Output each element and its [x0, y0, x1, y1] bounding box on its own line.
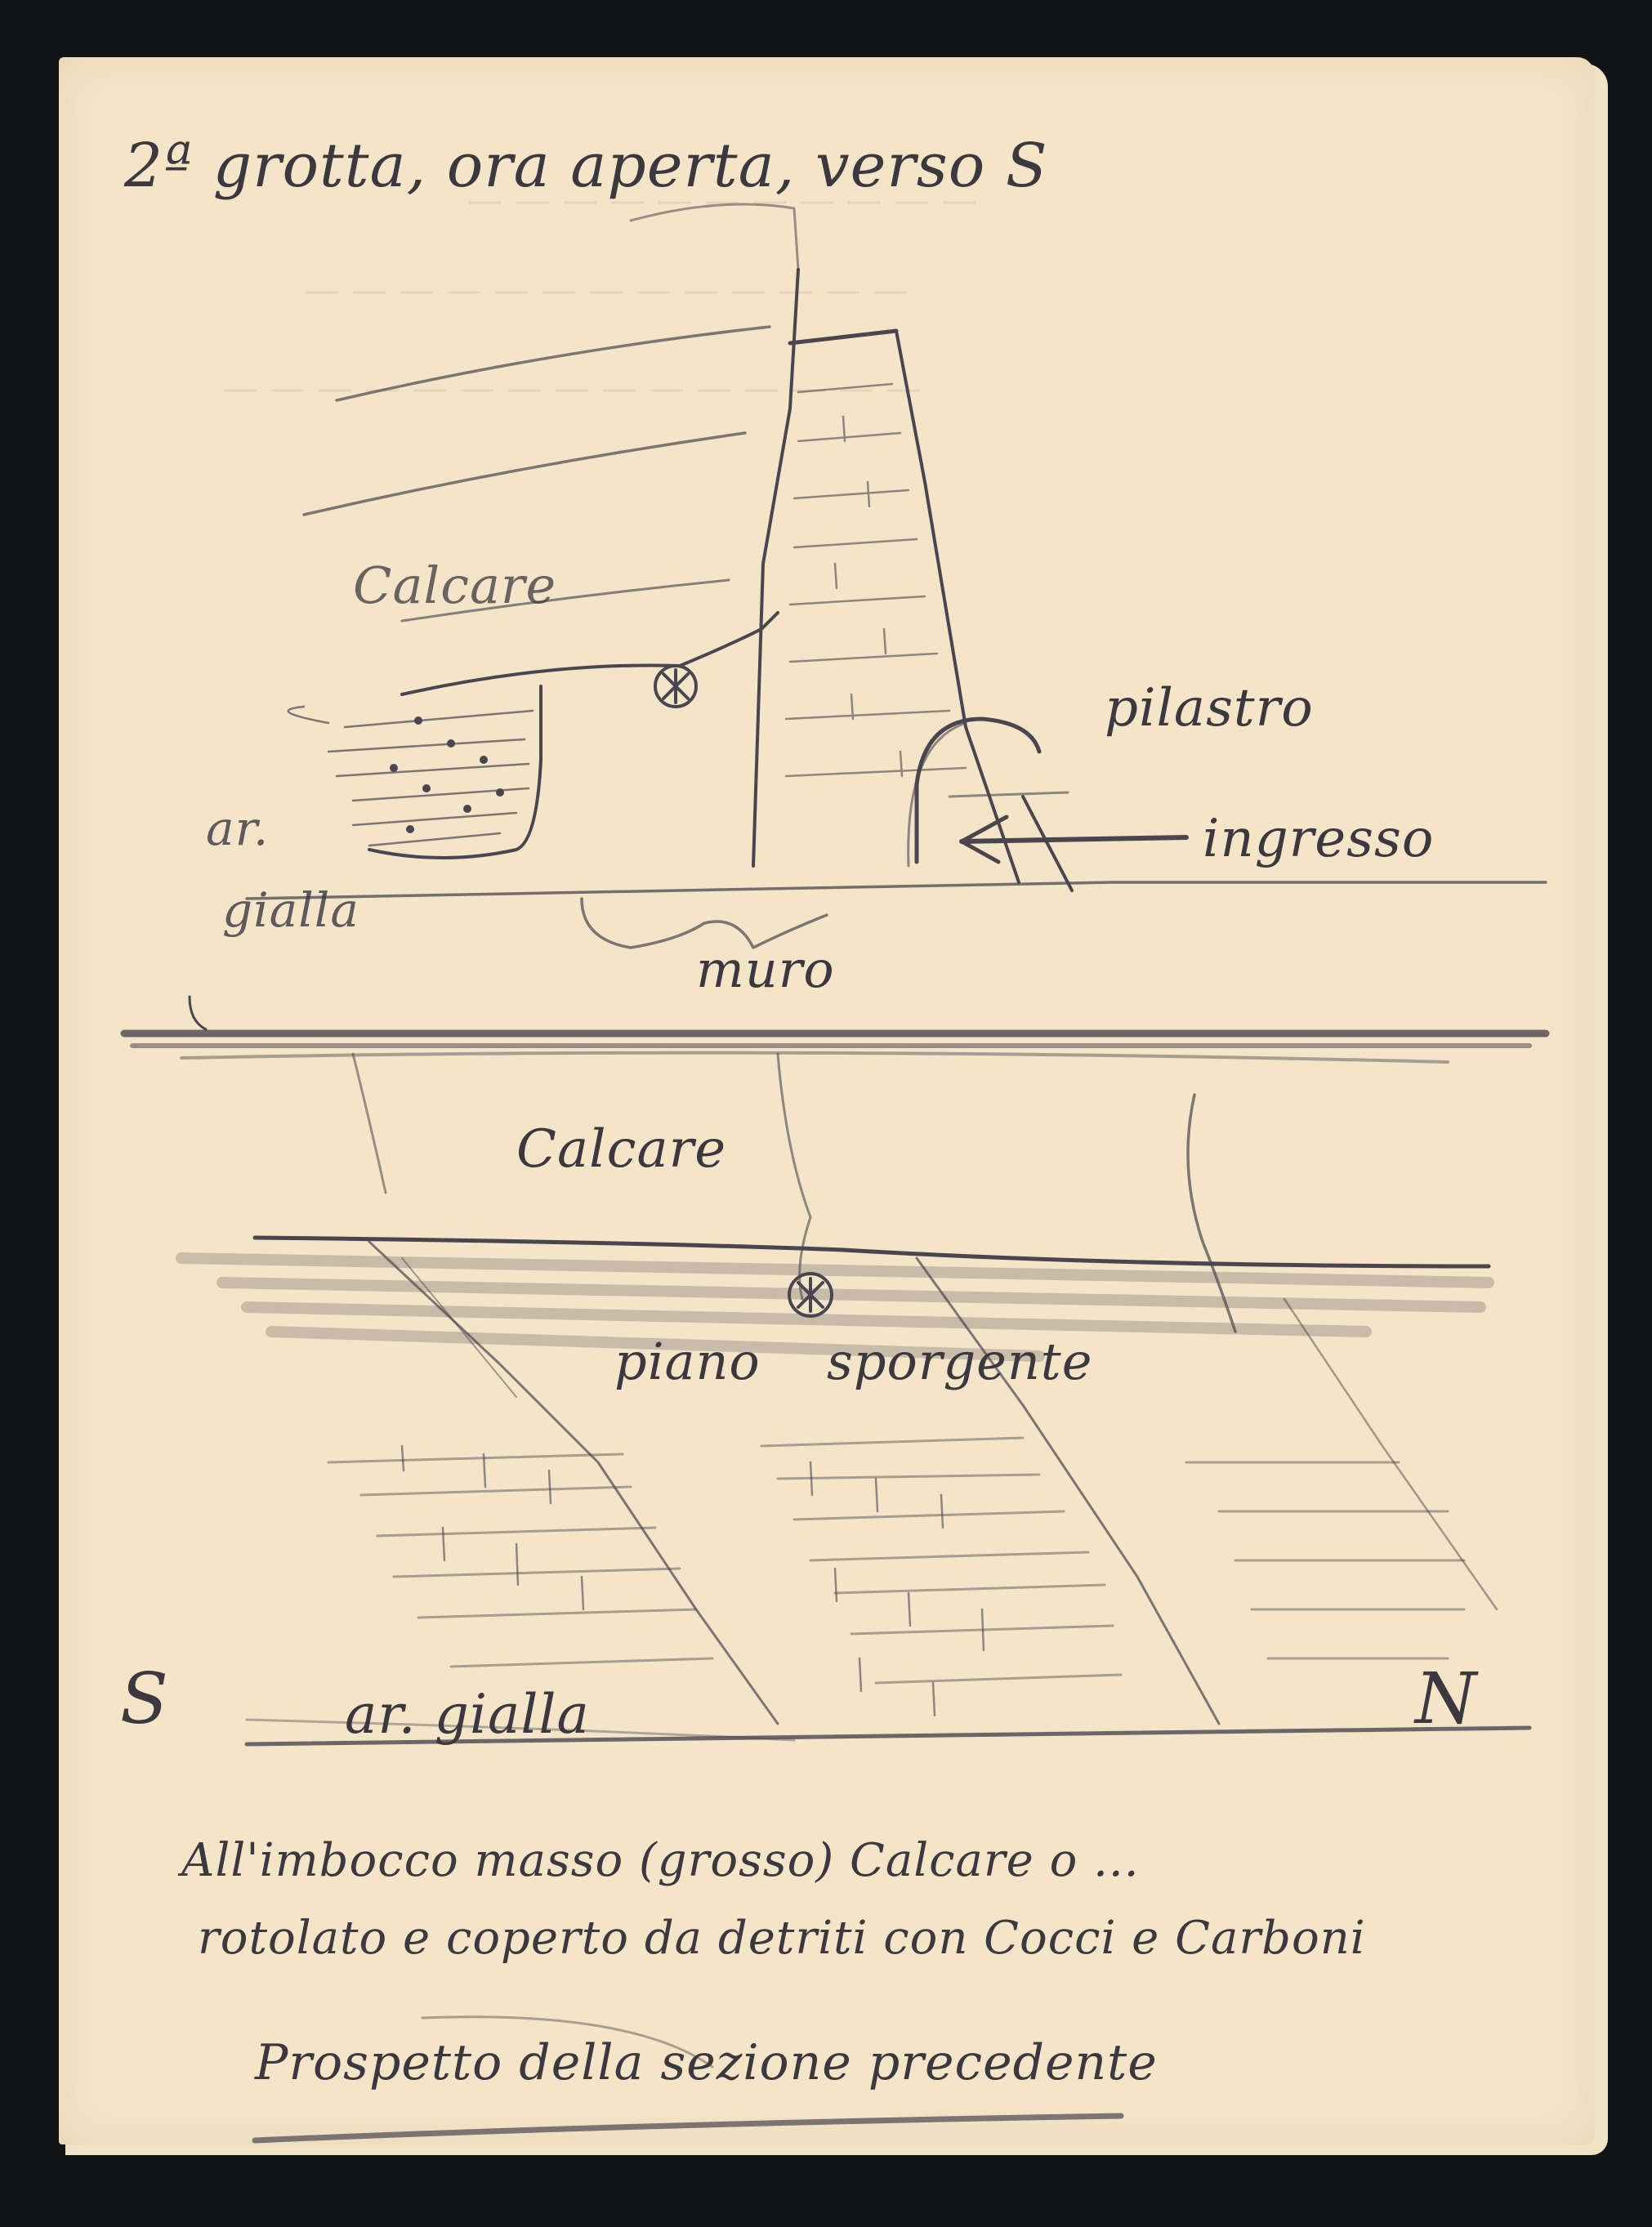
- label-north: N: [1415, 1658, 1477, 1740]
- label-ingresso: ingresso: [1203, 809, 1434, 869]
- label-south: S: [120, 1658, 169, 1740]
- label-calcare-upper: Calcare: [353, 556, 556, 615]
- note-line-1: All'imbocco masso (grosso) Calcare o ...: [181, 1834, 1140, 1887]
- label-ar-upper: ar.: [206, 801, 269, 856]
- label-piano: piano: [614, 1332, 761, 1391]
- sketchbook-page: — — — — — — — — — — — — — — — — — — — — …: [59, 57, 1595, 2144]
- note-line-2: rotolato e coperto da detriti con Cocci …: [198, 1912, 1366, 1965]
- label-pilastro: pilastro: [1105, 678, 1314, 739]
- label-ar-gialla-lower: ar. gialla: [345, 1683, 590, 1746]
- label-sporgente: sporgente: [827, 1332, 1092, 1391]
- label-gialla-upper: gialla: [222, 882, 359, 938]
- label-calcare-lower: Calcare: [516, 1119, 726, 1180]
- label-muro: muro: [696, 939, 835, 999]
- page-title: 2ª grotta, ora aperta, verso S: [124, 131, 1048, 201]
- note-line-3: Prospetto della sezione precedente: [255, 2034, 1158, 2091]
- pencil-drawing: [59, 57, 1595, 2144]
